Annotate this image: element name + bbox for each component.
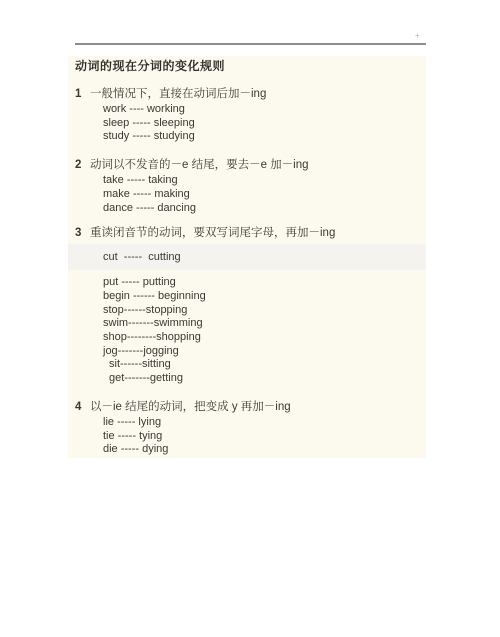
heading-text: 以－ie 结尾的动词，把变成 y 再加－ing	[90, 400, 291, 414]
section-number: 4	[75, 400, 83, 414]
document-page: + 动词的现在分词的变化规则 1 一般情况下，直接在动词后加－ing work …	[0, 0, 500, 637]
section-1-examples: work ---- working sleep ----- sleeping s…	[68, 103, 426, 144]
example-line: die ----- dying	[68, 443, 426, 457]
highlighted-example-band: cut ----- cutting	[68, 244, 426, 270]
section-1-heading: 1 一般情况下，直接在动词后加－ing	[68, 87, 426, 101]
example-line: tie ----- tying	[68, 430, 426, 444]
section-number: 1	[75, 87, 83, 101]
corner-mark: +	[415, 32, 420, 40]
section-3-examples: put ----- putting begin ------ beginning…	[68, 276, 426, 386]
example-line: get-------getting	[68, 372, 426, 386]
heading-text: 重读闭音节的动词，要双写词尾字母，再加－ing	[90, 226, 335, 240]
example-line: begin ------ beginning	[68, 290, 426, 304]
document-panel: 动词的现在分词的变化规则 1 一般情况下，直接在动词后加－ing work --…	[68, 56, 426, 458]
example-line: sit------sitting	[68, 358, 426, 372]
heading-text: 动词以不发音的－e 结尾，要去－e 加－ing	[90, 158, 309, 172]
example-line: study ----- studying	[68, 130, 426, 144]
example-line: put ----- putting	[68, 276, 426, 290]
section-number: 2	[75, 158, 83, 172]
heading-text: 一般情况下，直接在动词后加－ing	[90, 87, 266, 101]
example-line: sleep ----- sleeping	[68, 117, 426, 131]
example-line: jog-------jogging	[68, 345, 426, 359]
highlighted-example: cut ----- cutting	[103, 251, 181, 263]
section-4-heading: 4 以－ie 结尾的动词，把变成 y 再加－ing	[68, 400, 426, 414]
example-line: take ----- taking	[68, 174, 426, 188]
section-3-heading: 3 重读闭音节的动词，要双写词尾字母，再加－ing	[68, 226, 426, 240]
example-line: make ----- making	[68, 188, 426, 202]
page-title: 动词的现在分词的变化规则	[68, 56, 426, 74]
example-line: work ---- working	[68, 103, 426, 117]
header-rule	[75, 43, 426, 45]
section-4-examples: lie ----- lying tie ----- tying die ----…	[68, 416, 426, 457]
section-2-examples: take ----- taking make ----- making danc…	[68, 174, 426, 215]
example-line: shop--------shopping	[68, 331, 426, 345]
example-line: stop------stopping	[68, 304, 426, 318]
example-line: dance ----- dancing	[68, 202, 426, 216]
section-2-heading: 2 动词以不发音的－e 结尾，要去－e 加－ing	[68, 158, 426, 172]
example-line: lie ----- lying	[68, 416, 426, 430]
example-line: swim-------swimming	[68, 317, 426, 331]
section-number: 3	[75, 226, 83, 240]
